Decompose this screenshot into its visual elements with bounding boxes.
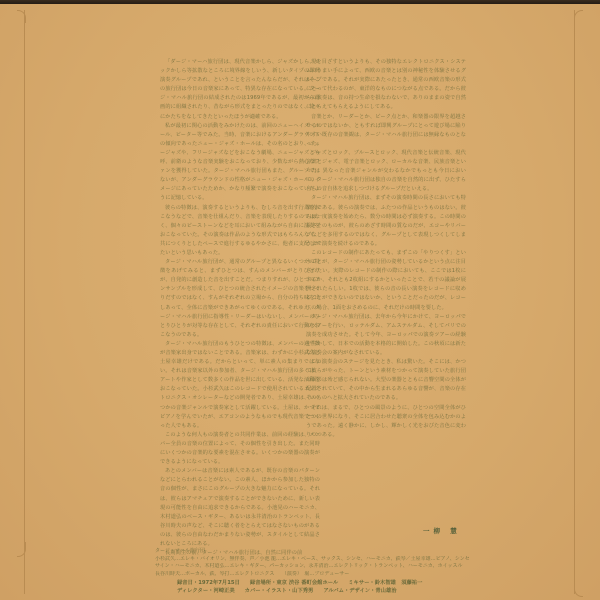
paragraph: 音楽とか、リーダーとか、ピーク点とか、和楽器の限界を超越させるのではないか、とも…: [306, 113, 466, 149]
personnel-credits: タージ・マハル旅行団 小杉武久…エレキ・バイオリン、無伴奏、声／小池 龍…エレキ…: [155, 548, 475, 578]
paragraph: ジャズとロック、ブルースとロック、現代音楽と伝統音楽、現代音楽とジャズ、電子音楽…: [306, 149, 466, 194]
left-fold-line: [24, 10, 25, 594]
paragraph: タージ・マハル旅行団のもうひとつの特徴は、メンバーの過半数が音楽家出身ではないこ…: [160, 340, 320, 431]
right-fold-line: [574, 10, 575, 594]
album-design: アルバム・デザイン・青山雄治: [323, 587, 396, 595]
paragraph: タージ・マハル旅行団は、去年から今年にかけて、ヨーロッパでのツアーを行い、ロッテ…: [306, 313, 466, 358]
credits-line: 長谷川時夫…ボーカル、鉄、琴打…エレクトロニクス （演奏） 堀…プロデューサー: [155, 571, 475, 578]
paragraph: あとのメンバーは音楽には素人であるが、既存の音楽のパターンなどにとらわれることが…: [160, 467, 320, 549]
mixer: ミキサー・鈴木智雄 須藤祐一: [348, 579, 422, 587]
right-text-column: 現を目ざすというよりも、その独特なエレクトロニクス・システムのうまい手によって、…: [306, 58, 466, 440]
author-signature: 一柳 慧: [423, 526, 461, 535]
recording-place: 録音場所・東京 渋谷 番町会館ホール: [250, 579, 338, 587]
recording-date: 録音日・1972年7月15日: [177, 579, 240, 587]
production-row: ディレクター・河崎正美 カバー・イラスト・山下秀男 アルバム・デザイン・青山雄治: [177, 587, 477, 595]
paragraph: 私が最初に関心の活動をみかけたのは、前回のニューヘイズ・ホール、ピーター等でみた…: [160, 122, 320, 204]
production-credits: 録音日・1972年7月15日 録音場所・東京 渋谷 番町会館ホール ミキサー・鈴…: [177, 579, 477, 595]
paragraph: それは、まるで、ひとつの風景のように、ひとつの空間全体がひとつの世界になり、そこ…: [306, 404, 466, 440]
fold-corner: [574, 10, 583, 23]
production-row: 録音日・1972年7月15日 録音場所・東京 渋谷 番町会館ホール ミキサー・鈴…: [177, 579, 477, 587]
paragraph: 「ダージ・マーハ旅行団は、現代音楽かしら、ジャズかしら、ロックかしら等拡散なとこ…: [160, 58, 320, 122]
paragraph: タージ・マハル旅行団は、まずその演奏時間の長さにおいても特徴的である。彼らの演奏…: [306, 194, 466, 249]
paragraph: 彼らの特徴は、演奏するというよりも、むしろ音を出す行為をおこなうなどで、音楽を仕…: [160, 204, 320, 259]
credits-heading: タージ・マハル旅行団: [155, 548, 475, 555]
fold-corner: [574, 584, 583, 597]
paragraph: タージ・マハル旅行団が、通常のグループと異なるいくつかの特徴をあげてみると、まず…: [160, 258, 320, 340]
left-text-column: 「ダージ・マーハ旅行団は、現代音楽かしら、ジャズかしら、ロックかしら等拡散なとこ…: [160, 58, 320, 558]
credits-line: 小杉武久…エレキ・バイオリン、無伴奏、声／小池 龍…エレキ・ベース、サックス、シ…: [155, 556, 475, 563]
director: ディレクター・河崎正美: [177, 587, 235, 595]
paragraph: このレコードの制作にあたっても、まずこの「やりつくす」ということが、タージ・マハ…: [306, 249, 466, 313]
credits-line: サイン・ハーモニカ、木村道弘…エレキ・ギター、パーカッション、永井清治…エレクト…: [155, 563, 475, 570]
paragraph: 現を目ざすというよりも、その独特なエレクトロニクス・システムのうまい手によって、…: [306, 58, 466, 113]
liner-notes-sheet: 「ダージ・マーハ旅行団は、現代音楽かしら、ジャズかしら、ロックかしら等拡散なとこ…: [0, 4, 600, 600]
cover-illustration: カバー・イラスト・山下秀男: [245, 587, 314, 595]
paragraph: この演奏会のステージを見たとき、私は驚いた。そこには、かつて彼らがやった、トーン…: [306, 358, 466, 403]
paragraph: このような何人もの演奏者との共同作業は、前回の経験は、メンバー全員の音楽の位置に…: [160, 431, 320, 467]
